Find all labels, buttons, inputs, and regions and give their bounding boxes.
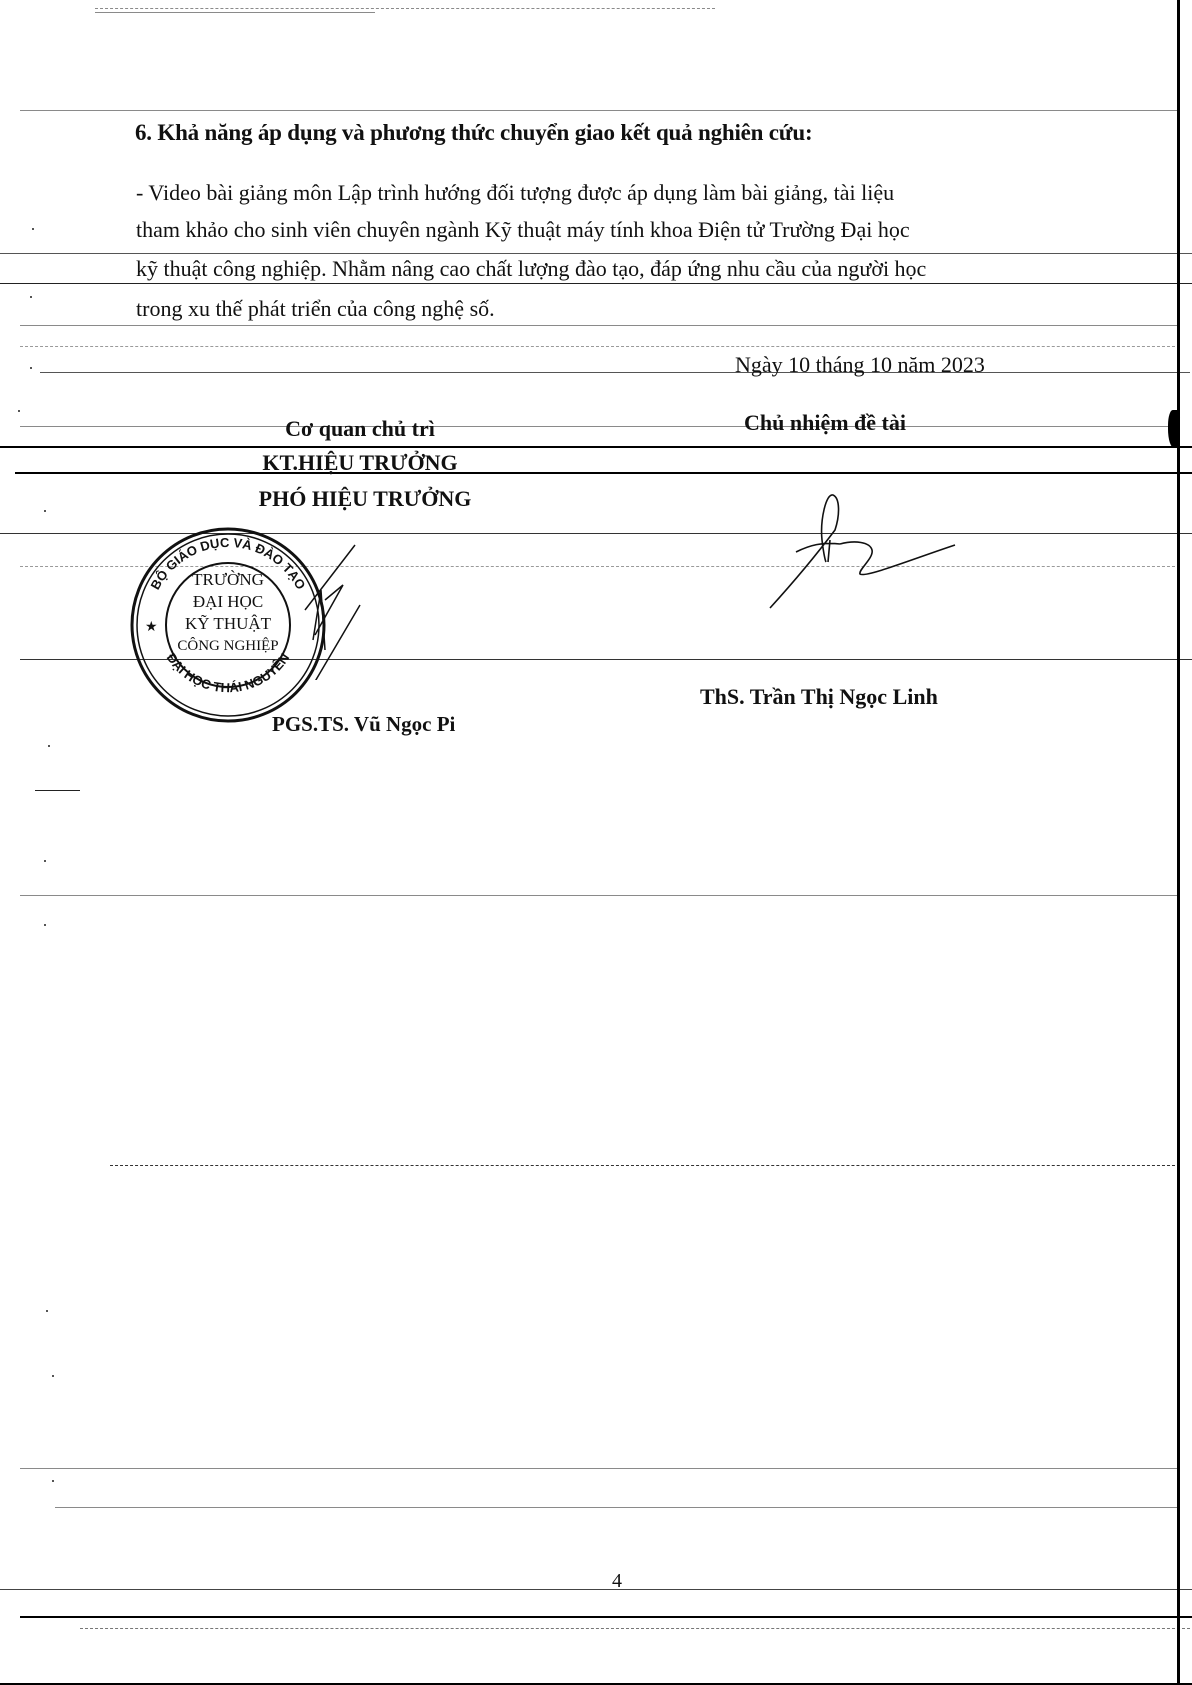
- right-signatory-name: ThS. Trần Thị Ngọc Linh: [700, 684, 938, 710]
- scan-speck: [48, 745, 50, 747]
- scan-speck: [46, 1310, 48, 1312]
- section-heading: 6. Khả năng áp dụng và phương thức chuyể…: [135, 120, 812, 146]
- scan-artifact-line: [110, 1165, 1180, 1166]
- scan-speck: [32, 228, 34, 230]
- paragraph-line: trong xu thế phát triển của công nghệ số…: [136, 296, 495, 322]
- date-line: Ngày 10 tháng 10 năm 2023: [735, 352, 985, 378]
- scan-speck: [30, 367, 32, 369]
- stamp-line: CÔNG NGHIỆP: [166, 635, 290, 657]
- paragraph-line: - Video bài giảng môn Lập trình hướng đố…: [136, 180, 894, 206]
- scan-artifact-line: [0, 1589, 1192, 1590]
- host-org-label: Cơ quan chủ trì: [230, 416, 490, 442]
- scan-speck: [44, 860, 46, 862]
- scan-speck: [18, 410, 20, 412]
- left-signatory-name: PGS.TS. Vũ Ngọc Pi: [272, 712, 455, 737]
- scan-artifact-line: [35, 790, 80, 791]
- scan-artifact-line: [40, 372, 1190, 373]
- scan-speck: [44, 924, 46, 926]
- scan-artifact-line: [20, 895, 1180, 896]
- scan-artifact-line: [55, 1507, 1180, 1508]
- scan-artifact-line: [80, 1628, 1190, 1629]
- scan-artifact-line: [0, 283, 1192, 284]
- scan-artifact-line: [0, 253, 1192, 254]
- scan-edge-border: [1177, 0, 1180, 1685]
- right-signature-icon: [760, 490, 980, 620]
- paragraph-line: kỹ thuật công nghiệp. Nhằm nâng cao chất…: [136, 256, 926, 282]
- scan-speck: [30, 296, 32, 298]
- stamp-line: KỸ THUẬT: [166, 613, 290, 635]
- scan-artifact-line: [20, 1616, 1192, 1618]
- svg-text:ĐẠI HỌC THÁI NGUYÊN: ĐẠI HỌC THÁI NGUYÊN: [164, 650, 293, 695]
- project-lead-label: Chủ nhiệm đề tài: [744, 410, 906, 436]
- scan-artifact-line: [20, 110, 1180, 111]
- scan-artifact-line: [0, 446, 1192, 448]
- stamp-inner-text: TRƯỜNG ĐẠI HỌC KỸ THUẬT CÔNG NGHIỆP: [166, 569, 290, 657]
- stamp-line: ĐẠI HỌC: [166, 591, 290, 613]
- signatory-title-2: PHÓ HIỆU TRƯỞNG: [225, 486, 505, 512]
- scan-artifact-line: [20, 1468, 1180, 1469]
- scan-ink-blot: [1168, 410, 1180, 448]
- signatory-title-1: KT.HIỆU TRƯỞNG: [225, 450, 495, 476]
- scan-artifact-line: [95, 12, 375, 13]
- scan-artifact-line: [20, 325, 1180, 326]
- scan-artifact-line: [15, 472, 1192, 474]
- page-number: 4: [612, 1570, 622, 1593]
- scan-speck: [52, 1375, 54, 1377]
- svg-text:★: ★: [145, 620, 158, 635]
- scan-speck: [44, 510, 46, 512]
- scan-artifact-line: [20, 426, 1180, 427]
- paragraph-line: tham khảo cho sinh viên chuyên ngành Kỹ …: [136, 217, 910, 243]
- scan-speck: [52, 1480, 54, 1482]
- stamp-line: TRƯỜNG: [166, 569, 290, 591]
- scan-artifact-line: [95, 8, 715, 9]
- left-signature-icon: [285, 540, 385, 680]
- scan-artifact-line: [20, 346, 1180, 347]
